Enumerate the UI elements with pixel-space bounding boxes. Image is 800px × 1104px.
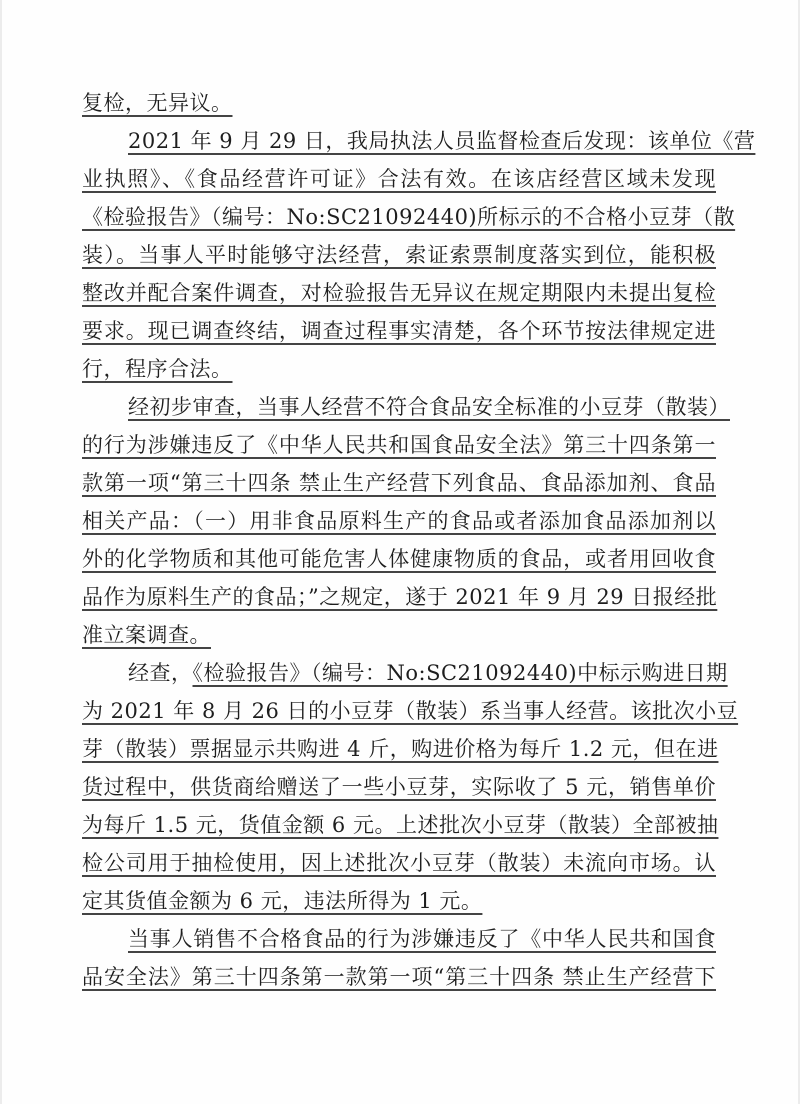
- text-line: 检公司用于抽检使用，因上述批次小豆芽（散装）未流向市场。认: [82, 844, 716, 882]
- text-line: 2021 年 9 月 29 日，我局执法人员监督检查后发现：该单位《营: [82, 122, 716, 160]
- document-page: 复检，无异议。 2021 年 9 月 29 日，我局执法人员监督检查后发现：该单…: [0, 0, 800, 1104]
- text-line: 的行为涉嫌违反了《中华人民共和国食品安全法》第三十四条第一: [82, 426, 716, 464]
- text-line: 相关产品：（一）用非食品原料生产的食品或者添加食品添加剂以: [82, 502, 716, 540]
- text-line: 为 2021 年 8 月 26 日的小豆芽（散装）系当事人经营。该批次小豆: [82, 692, 716, 730]
- text-line: 为每斤 1.5 元，货值金额 6 元。上述批次小豆芽（散装）全部被抽: [82, 806, 716, 844]
- text-line: 《检验报告》（编号：No:SC21092440)所标示的不合格小豆芽（散: [82, 198, 716, 236]
- text-line: 行，程序合法。: [82, 350, 716, 388]
- text-line: 准立案调查。: [82, 616, 716, 654]
- text-line: 品安全法》第三十四条第一款第一项“第三十四条 禁止生产经营下: [82, 958, 716, 996]
- text-line: 复检，无异议。: [82, 84, 716, 122]
- text-line: 当事人销售不合格食品的行为涉嫌违反了《中华人民共和国食: [82, 920, 716, 958]
- text-line: 品作为原料生产的食品；”之规定，遂于 2021 年 9 月 29 日报经批: [82, 578, 716, 616]
- text-line: 经查，《检验报告》（编号：No:SC21092440)中标示购进日期: [82, 654, 716, 692]
- text-line: 整改并配合案件调查，对检验报告无异议在规定期限内未提出复检: [82, 274, 716, 312]
- text-line: 业执照》、《食品经营许可证》合法有效。在该店经营区域未发现: [82, 160, 716, 198]
- text-line: 定其货值金额为 6 元，违法所得为 1 元。: [82, 882, 716, 920]
- text-line: 经初步审查，当事人经营不符合食品安全标准的小豆芽（散装）: [82, 388, 716, 426]
- document-body: 复检，无异议。 2021 年 9 月 29 日，我局执法人员监督检查后发现：该单…: [82, 84, 716, 996]
- text-line: 装）。当事人平时能够守法经营，索证索票制度落实到位，能积极: [82, 236, 716, 274]
- text-line: 款第一项“第三十四条 禁止生产经营下列食品、食品添加剂、食品: [82, 464, 716, 502]
- text-line: 芽（散装）票据显示共购进 4 斤，购进价格为每斤 1.2 元，但在进: [82, 730, 716, 768]
- text-line: 要求。现已调查终结，调查过程事实清楚，各个环节按法律规定进: [82, 312, 716, 350]
- text-line: 外的化学物质和其他可能危害人体健康物质的食品，或者用回收食: [82, 540, 716, 578]
- text-line: 货过程中，供货商给赠送了一些小豆芽，实际收了 5 元，销售单价: [82, 768, 716, 806]
